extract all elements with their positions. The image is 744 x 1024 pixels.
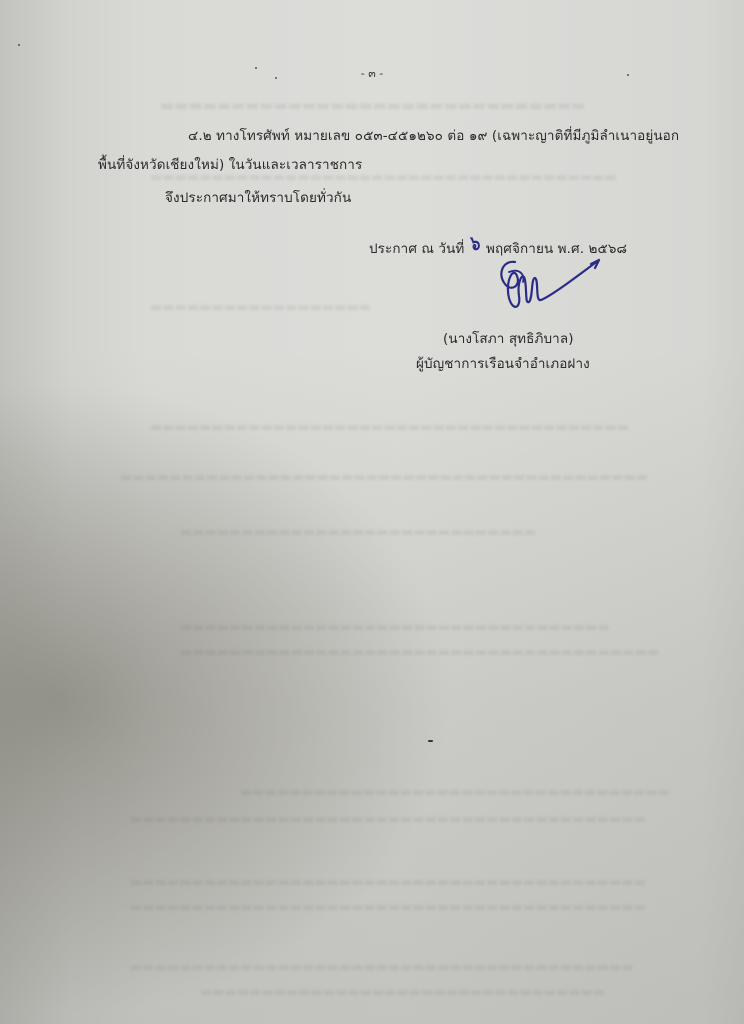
- signatory-name: (นางโสภา สุทธิภิบาล): [443, 327, 574, 349]
- handwritten-signature: [495, 252, 605, 322]
- announcement-closing: จึงประกาศมาให้ทราบโดยทั่วกัน: [165, 186, 351, 208]
- contact-item-4-2: ๔.๒ ทางโทรศัพท์ หมายเลข ๐๕๓-๔๕๑๒๖๐ ต่อ ๑…: [188, 124, 679, 146]
- show-through-text: ▬▬▬▬▬▬▬▬▬▬▬▬▬▬▬▬▬▬: [150, 300, 371, 315]
- page-number: - ๓ -: [0, 64, 744, 82]
- show-through-text: ▬▬▬▬▬▬▬▬▬▬▬▬▬▬▬▬▬▬▬▬▬▬▬▬▬▬▬▬▬▬▬▬▬▬▬▬▬▬▬▬…: [120, 470, 648, 485]
- show-through-text: ▬▬▬▬▬▬▬▬▬▬▬▬▬▬▬▬▬▬▬▬▬▬▬▬▬▬▬▬▬▬▬▬▬▬▬▬▬▬▬: [150, 420, 629, 435]
- show-through-text: ▬▬▬▬▬▬▬▬▬▬▬▬▬▬▬▬▬▬▬▬▬▬▬▬▬▬▬▬▬▬▬▬▬▬▬▬▬▬▬▬…: [130, 960, 634, 975]
- show-through-text: ▬▬▬▬▬▬▬▬▬▬▬▬▬▬▬▬▬▬▬▬▬▬▬▬▬▬▬▬▬▬▬▬▬▬▬: [180, 620, 610, 635]
- show-through-text: ▬▬▬▬▬▬▬▬▬▬▬▬▬▬▬▬▬▬▬▬▬▬▬▬▬▬▬▬▬▬▬▬▬▬▬: [240, 785, 670, 800]
- show-through-text: ▬▬▬▬▬▬▬▬▬▬▬▬▬▬▬▬▬▬▬▬▬▬▬▬▬▬▬▬▬▬▬▬▬▬▬▬▬▬▬: [180, 645, 659, 660]
- contact-item-4-2-continued: พื้นที่จังหวัดเชียงใหม่) ในวันและเวลาราช…: [98, 153, 362, 175]
- show-through-text: ▬▬▬▬▬▬▬▬▬▬▬▬▬▬▬▬▬▬▬▬▬▬▬▬▬▬▬▬▬▬: [160, 96, 585, 114]
- paper-page: ▬▬▬▬▬▬▬▬▬▬▬▬▬▬▬▬▬▬▬▬▬▬▬▬▬▬▬▬▬▬ ▬▬▬▬▬▬▬▬▬…: [0, 0, 744, 1024]
- show-through-text: ▬▬▬▬▬▬▬▬▬▬▬▬▬▬▬▬▬▬▬▬▬▬▬▬▬▬▬▬▬▬▬▬▬▬▬▬▬▬▬▬…: [130, 900, 646, 915]
- show-through-text: ▬▬▬▬▬▬▬▬▬▬▬▬▬▬▬▬▬▬▬▬▬▬▬▬▬▬▬▬▬▬▬▬▬: [200, 985, 605, 1000]
- show-through-text: ▬▬▬▬▬▬▬▬▬▬▬▬▬▬▬▬▬▬▬▬▬▬▬▬▬▬▬▬▬▬▬▬▬▬▬▬▬▬▬▬…: [130, 875, 646, 890]
- show-through-text: ▬▬▬▬▬▬▬▬▬▬▬▬▬▬▬▬▬▬▬▬▬▬▬▬▬▬▬▬▬▬▬▬▬▬▬▬▬▬▬▬…: [130, 812, 646, 827]
- paper-speck: [428, 740, 433, 742]
- date-day-handwritten: ๖: [470, 227, 480, 259]
- paper-speck: [18, 44, 20, 46]
- date-prefix: ประกาศ ณ วันที่: [369, 241, 464, 257]
- signatory-position: ผู้บัญชาการเรือนจำอำเภอฝาง: [416, 352, 590, 374]
- show-through-text: ▬▬▬▬▬▬▬▬▬▬▬▬▬▬▬▬▬▬▬▬▬▬▬▬▬▬▬▬▬: [180, 525, 536, 540]
